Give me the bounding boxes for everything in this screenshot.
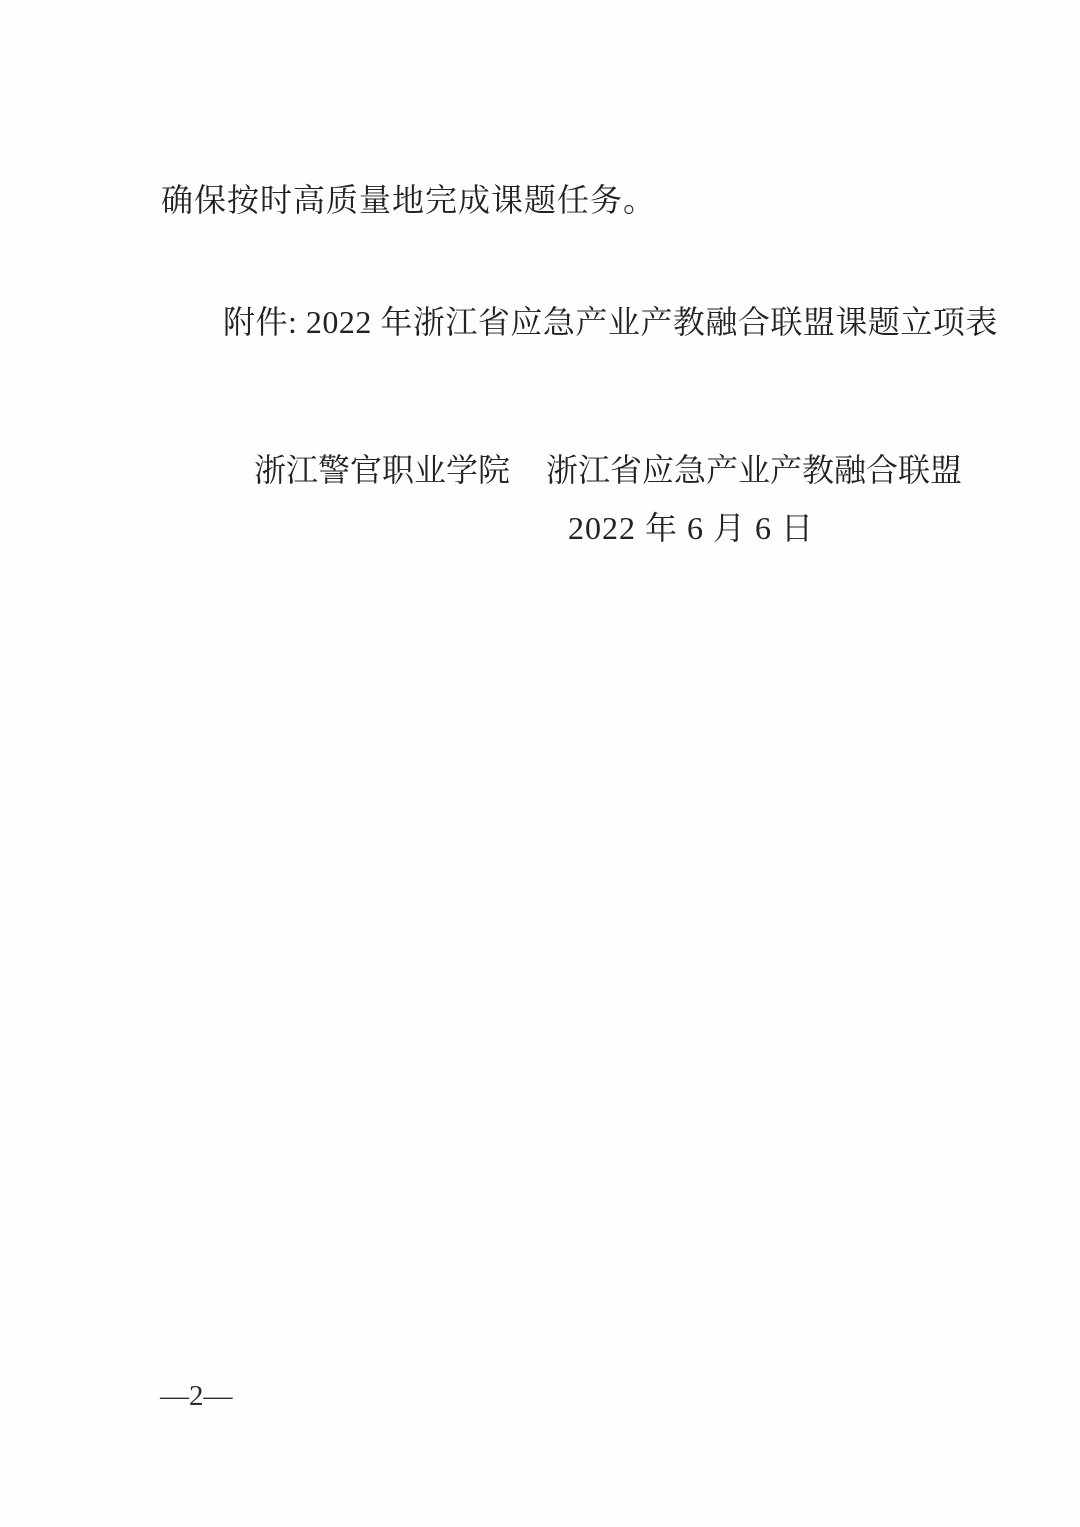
signer-college: 浙江警官职业学院 [254, 450, 510, 490]
closing-paragraph: 确保按时高质量地完成课题任务。 [161, 180, 656, 220]
signer-alliance: 浙江省应急产业产教融合联盟 [546, 450, 962, 490]
signature-row: 浙江警官职业学院 浙江省应急产业产教融合联盟 [254, 450, 962, 490]
page-number: —2— [160, 1379, 233, 1414]
attachment-line: 附件: 2022 年浙江省应急产业产教融合联盟课题立项表 [223, 302, 998, 342]
document-page: 确保按时高质量地完成课题任务。 附件: 2022 年浙江省应急产业产教融合联盟课… [0, 0, 1080, 1527]
date-line: 2022 年 6 月 6 日 [568, 508, 814, 548]
